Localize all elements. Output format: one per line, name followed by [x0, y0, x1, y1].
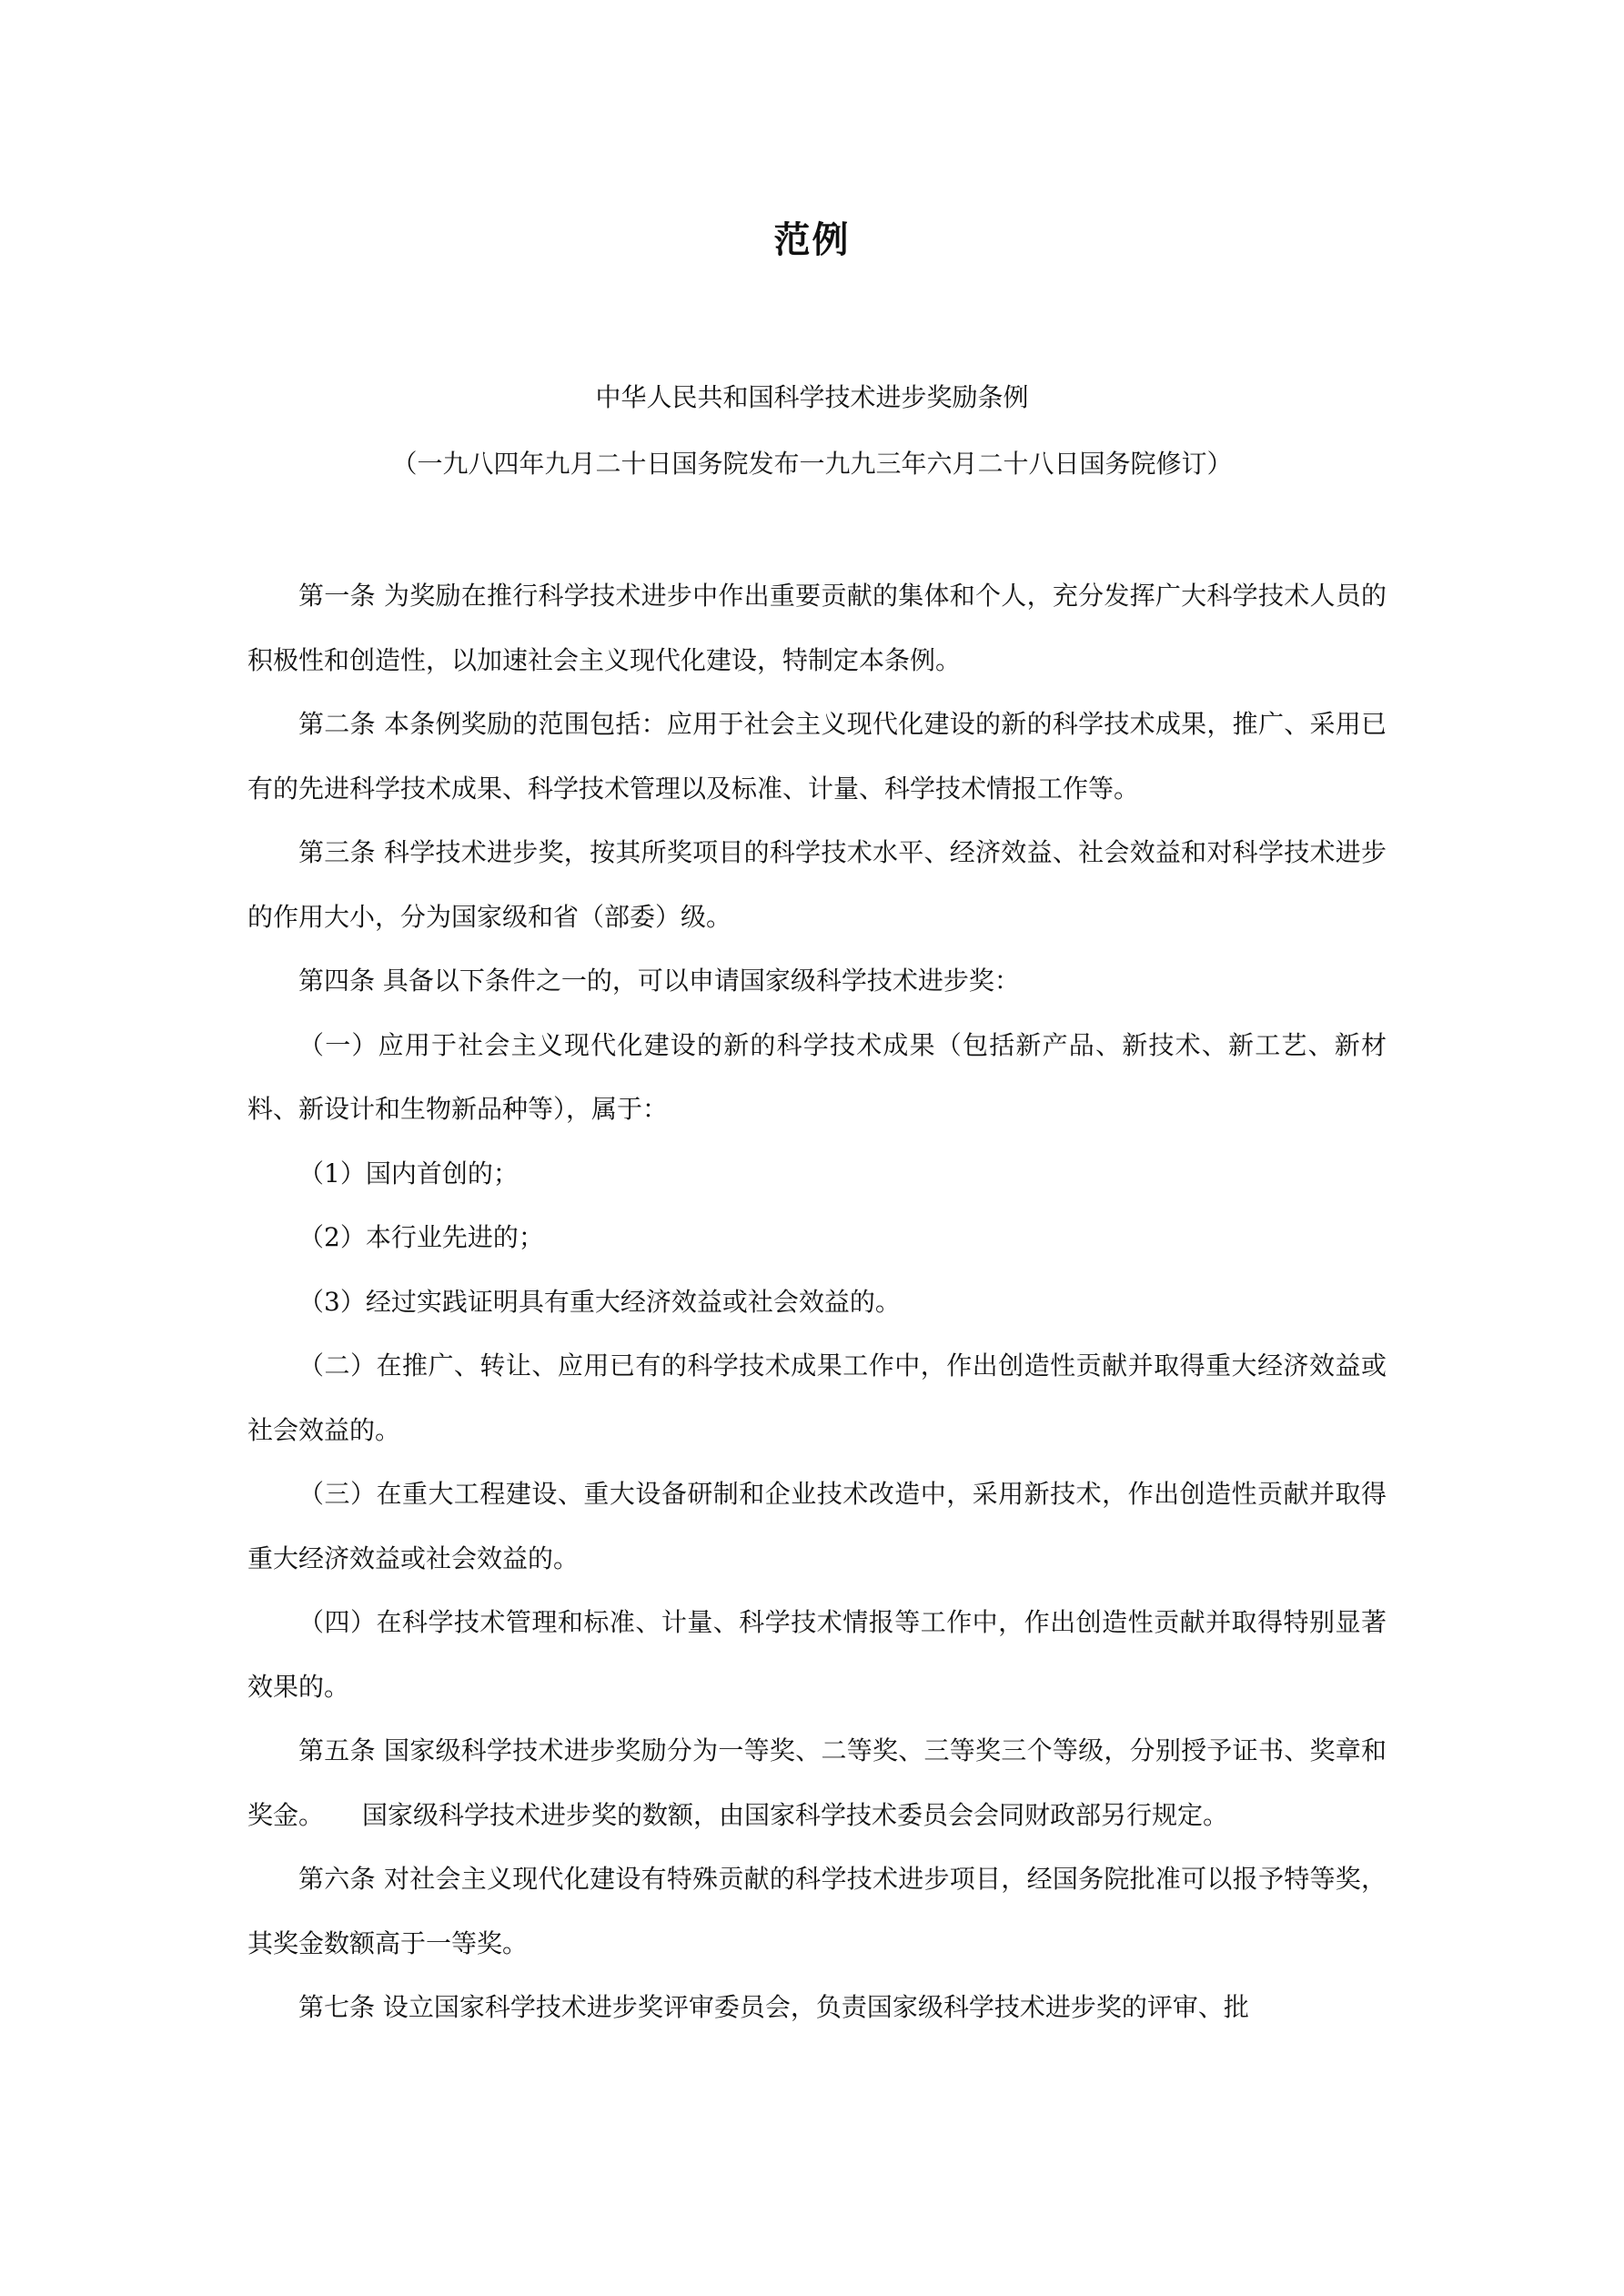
article-4-clause-4: （四）在科学技术管理和标准、计量、科学技术情报等工作中，作出创造性贡献并取得特别… [247, 1591, 1387, 1719]
law-name-heading: 中华人民共和国科学技术进步奖励条例 [0, 378, 1624, 414]
law-dates-subheading: （一九八四年九月二十日国务院发布一九九三年六月二十八日国务院修订） [0, 444, 1624, 480]
document-title: 范例 [0, 211, 1624, 263]
article-1-paragraph: 第一条 为奖励在推行科学技术进步中作出重要贡献的集体和个人，充分发挥广大科学技术… [247, 564, 1387, 693]
article-4-paragraph: 第四条 具备以下条件之一的，可以申请国家级科学技术进步奖： [247, 949, 1387, 1014]
article-4-clause-3: （三）在重大工程建设、重大设备研制和企业技术改造中，采用新技术，作出创造性贡献并… [247, 1462, 1387, 1591]
article-6-paragraph: 第六条 对社会主义现代化建设有特殊贡献的科学技术进步项目，经国务院批准可以报予特… [247, 1847, 1387, 1976]
document-body: 第一条 为奖励在推行科学技术进步中作出重要贡献的集体和个人，充分发挥广大科学技术… [247, 564, 1387, 2040]
article-4-clause-2: （二）在推广、转让、应用已有的科学技术成果工作中，作出创造性贡献并取得重大经济效… [247, 1334, 1387, 1462]
article-5-paragraph: 第五条 国家级科学技术进步奖励分为一等奖、二等奖、三等奖三个等级，分别授予证书、… [247, 1719, 1387, 1847]
article-4-clause-1: （一）应用于社会主义现代化建设的新的科学技术成果（包括新产品、新技术、新工艺、新… [247, 1014, 1387, 1142]
article-4-clause-1-sub-1: （1）国内首创的； [247, 1142, 1387, 1207]
article-2-paragraph: 第二条 本条例奖励的范围包括：应用于社会主义现代化建设的新的科学技术成果，推广、… [247, 693, 1387, 821]
article-3-paragraph: 第三条 科学技术进步奖，按其所奖项目的科学技术水平、经济效益、社会效益和对科学技… [247, 821, 1387, 949]
article-4-clause-1-sub-3: （3）经过实践证明具有重大经济效益或社会效益的。 [247, 1270, 1387, 1335]
article-7-paragraph: 第七条 设立国家科学技术进步奖评审委员会，负责国家级科学技术进步奖的评审、批 [247, 1976, 1387, 2040]
document-page: 范例 中华人民共和国科学技术进步奖励条例 （一九八四年九月二十日国务院发布一九九… [0, 0, 1624, 2296]
article-4-clause-1-sub-2: （2）本行业先进的； [247, 1206, 1387, 1270]
